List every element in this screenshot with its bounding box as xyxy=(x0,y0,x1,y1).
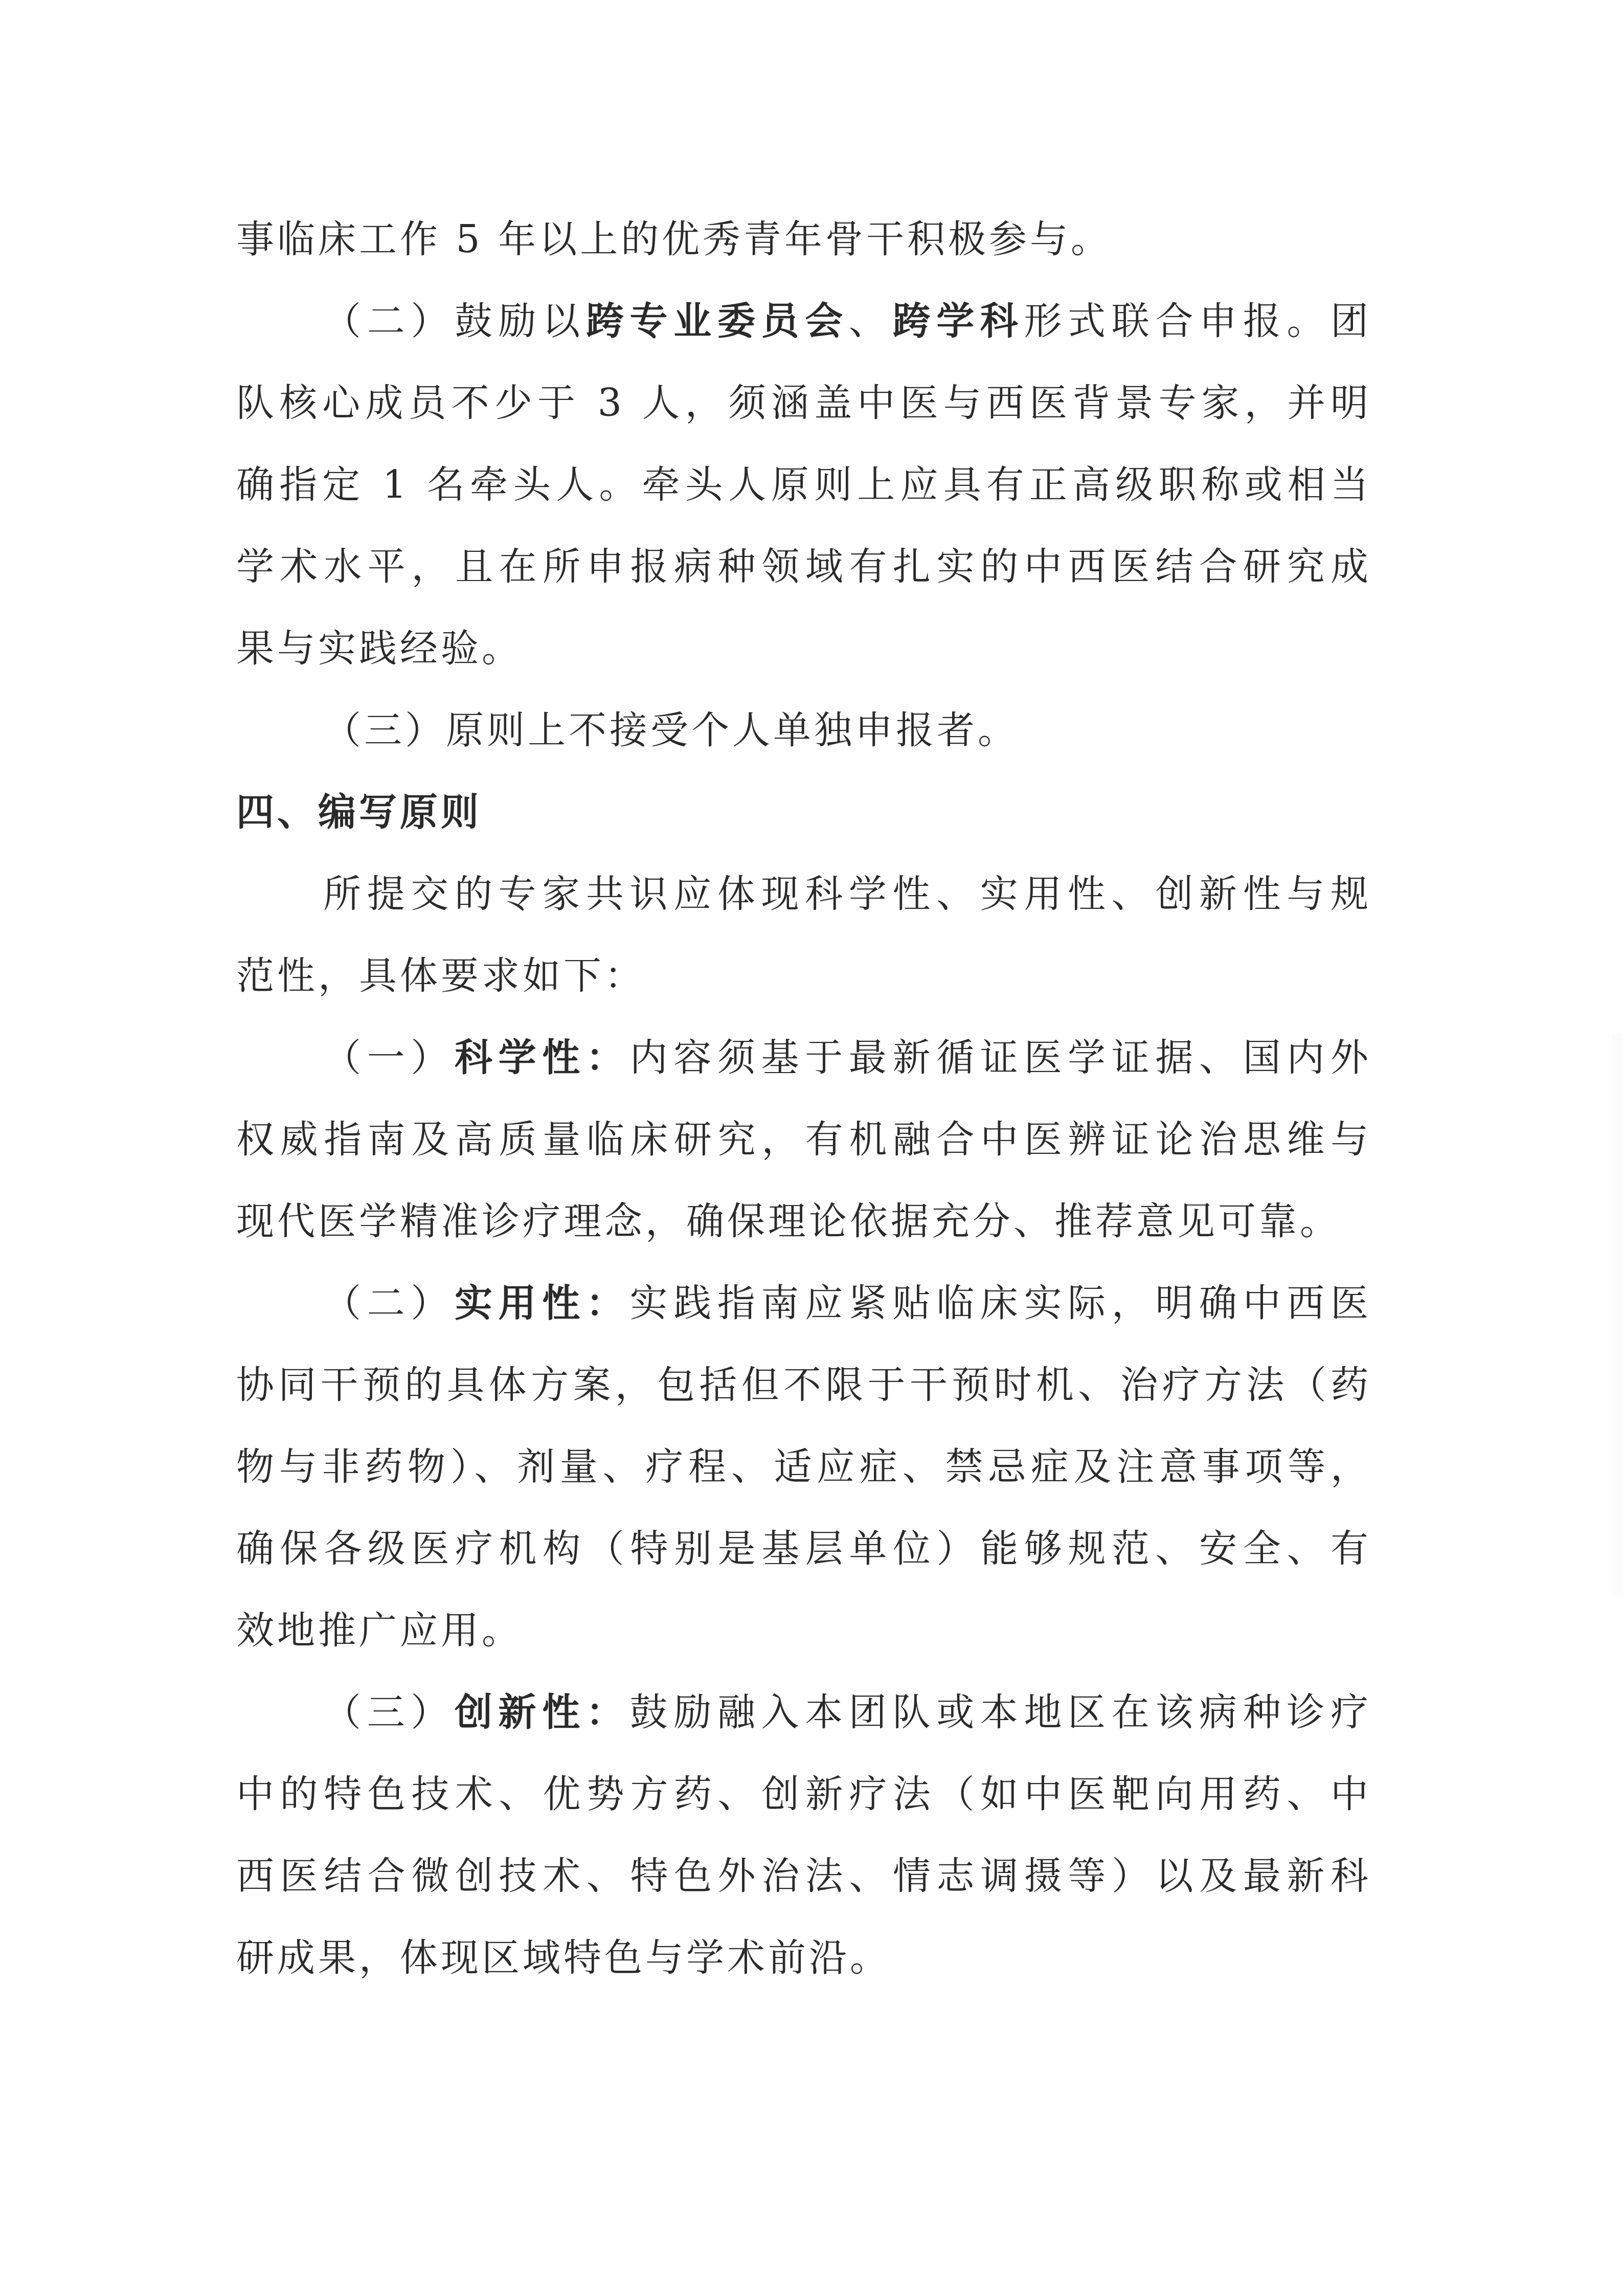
principle-prefix: （一） xyxy=(323,1036,455,1080)
item-2-first-line: （二）鼓励以跨专业委员会、跨学科形式联合申报。团 xyxy=(236,280,1371,362)
principle-innovative-first-line: （三）创新性：鼓励融入本团队或本地区在该病种诊疗 xyxy=(236,1671,1371,1753)
principle-label: 创新性： xyxy=(455,1690,630,1734)
paragraph-line: 确保各级医疗机构（特别是基层单位）能够规范、安全、有 xyxy=(236,1508,1371,1590)
document-page: 事临床工作 5 年以上的优秀青年骨干积极参与。 （二）鼓励以跨专业委员会、跨学科… xyxy=(236,198,1371,1999)
paragraph-line: 事临床工作 5 年以上的优秀青年骨干积极参与。 xyxy=(236,198,1371,280)
item-2-rest: 形式联合申报。团 xyxy=(1024,299,1371,343)
paragraph-line: 研成果，体现区域特色与学术前沿。 xyxy=(236,1917,1371,1999)
scan-edge-artifact xyxy=(1612,1033,1623,1596)
principle-prefix: （二） xyxy=(323,1281,455,1325)
item-2-prefix: （二）鼓励以 xyxy=(323,299,586,343)
separator: 、 xyxy=(849,299,893,343)
principle-text: 鼓励融入本团队或本地区在该病种诊疗 xyxy=(630,1690,1371,1734)
bold-term-cross-committee: 跨专业委员会 xyxy=(586,299,849,343)
paragraph-line: 中的特色技术、优势方药、创新疗法（如中医靶向用药、中 xyxy=(236,1753,1371,1835)
section-heading: 四、编写原则 xyxy=(236,771,1371,853)
paragraph-line: 学术水平，且在所申报病种领域有扎实的中西医结合研究成 xyxy=(236,526,1371,608)
principle-label: 实用性： xyxy=(455,1281,630,1325)
paragraph-line: 效地推广应用。 xyxy=(236,1590,1371,1671)
paragraph-line: 队核心成员不少于 3 人，须涵盖中医与西医背景专家，并明 xyxy=(236,362,1371,444)
paragraph-line: 权威指南及高质量临床研究，有机融合中医辨证论治思维与 xyxy=(236,1099,1371,1180)
intro-line: 范性，具体要求如下： xyxy=(236,935,1371,1017)
paragraph-line: 协同干预的具体方案，包括但不限于干预时机、治疗方法（药 xyxy=(236,1344,1371,1426)
principle-text: 实践指南应紧贴临床实际，明确中西医 xyxy=(630,1281,1371,1325)
bold-term-cross-discipline: 跨学科 xyxy=(893,299,1024,343)
paragraph-line: 果与实践经验。 xyxy=(236,608,1371,689)
principle-prefix: （三） xyxy=(323,1690,455,1734)
paragraph-line: 物与非药物）、剂量、疗程、适应症、禁忌症及注意事项等， xyxy=(236,1426,1371,1508)
principle-label: 科学性： xyxy=(455,1036,630,1080)
principle-practical-first-line: （二）实用性：实践指南应紧贴临床实际，明确中西医 xyxy=(236,1262,1371,1344)
intro-line: 所提交的专家共识应体现科学性、实用性、创新性与规 xyxy=(236,853,1371,935)
principle-text: 内容须基于最新循证医学证据、国内外 xyxy=(630,1036,1371,1080)
item-3-line: （三）原则上不接受个人单独申报者。 xyxy=(236,689,1371,771)
principle-scientific-first-line: （一）科学性：内容须基于最新循证医学证据、国内外 xyxy=(236,1017,1371,1099)
paragraph-line: 确指定 1 名牵头人。牵头人原则上应具有正高级职称或相当 xyxy=(236,444,1371,526)
paragraph-line: 现代医学精准诊疗理念，确保理论依据充分、推荐意见可靠。 xyxy=(236,1180,1371,1262)
paragraph-line: 西医结合微创技术、特色外治法、情志调摄等）以及最新科 xyxy=(236,1835,1371,1917)
